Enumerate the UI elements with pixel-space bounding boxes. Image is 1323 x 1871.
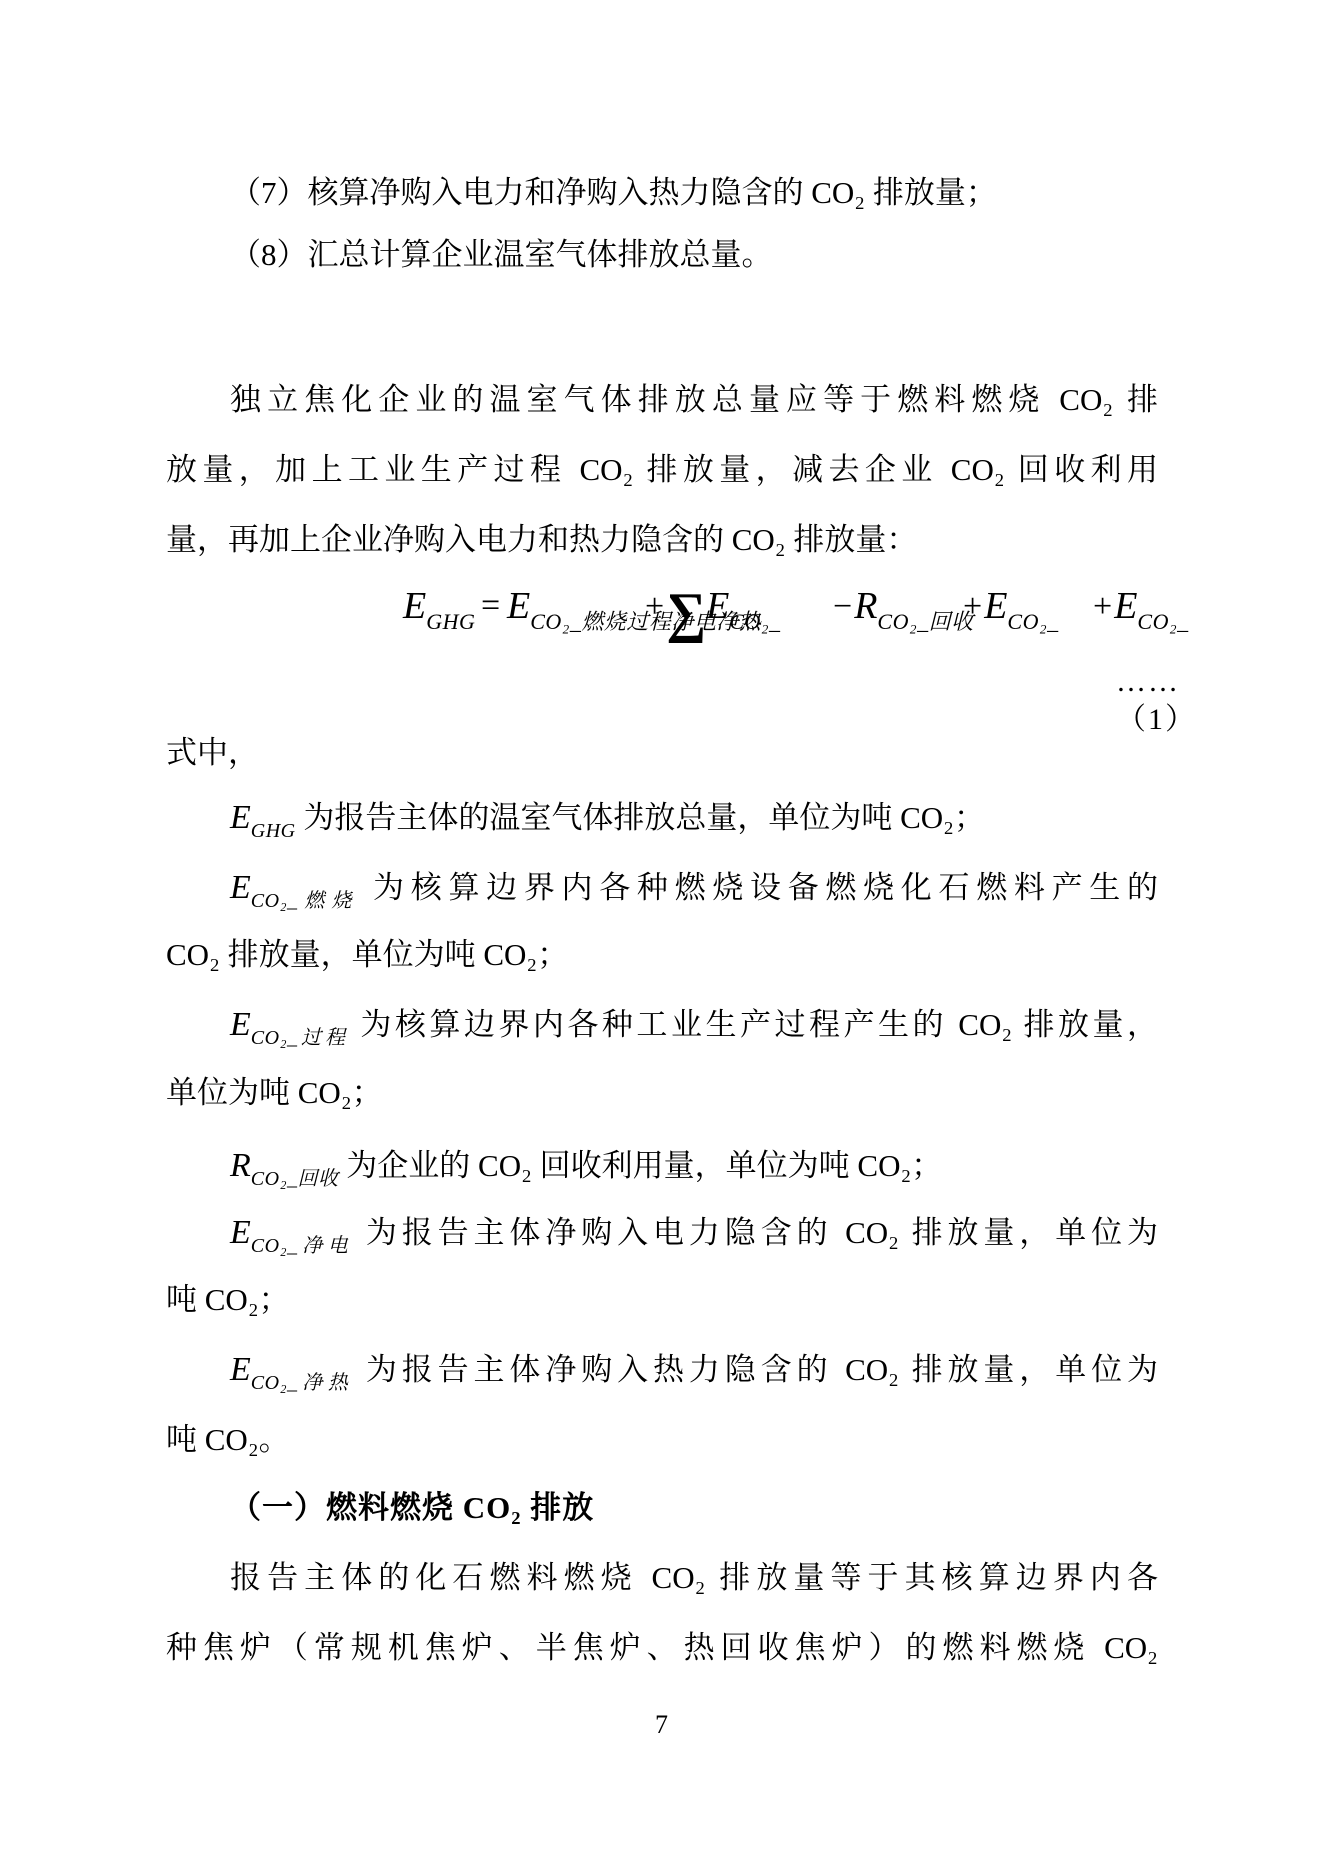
math-variable: E [984, 585, 1007, 627]
paragraph-line: 报告主体的化石燃料燃烧 CO₂ 排放量等于其核算边界内各 [166, 1557, 1158, 1599]
math-variable: ECO₂_净热 [230, 1352, 353, 1387]
math-variable: RCO₂_回收 [230, 1148, 339, 1183]
subscript: CO₂_燃烧 [251, 890, 359, 912]
math-variable: E [1114, 585, 1137, 627]
definition-line: 吨 CO₂。 [166, 1419, 1158, 1461]
text-run: 为核算边界内各种燃烧设备燃烧化石燃料产生的 [359, 870, 1158, 905]
math-variable: ECO₂_净电 [230, 1215, 353, 1250]
subscript: CO₂_ [1007, 609, 1058, 634]
math-variable: E [403, 585, 426, 627]
subscript: CO₂_净电 [251, 1235, 353, 1257]
plus-sign: + [643, 588, 666, 625]
text-layer: EGHG = ECO₂_燃烧过程净电净热 +∑ECO₂_ −RCO₂_回收 +E… [166, 0, 1158, 1871]
formula-lhs: EGHG [403, 578, 475, 650]
definition-line: ECO₂_过程 为核算边界内各种工业生产过程产生的 CO₂ 排放量， [166, 1004, 1158, 1059]
text-run: 吨 CO₂。 [166, 1422, 290, 1457]
subscript: GHG [426, 609, 475, 634]
list-item-8: （8）汇总计算企业温室气体排放总量。 [166, 234, 1158, 276]
math-variable: ECO₂_燃烧 [230, 870, 359, 905]
text-run: 报告主体的化石燃料燃烧 CO₂ 排放量等于其核算边界内各 [230, 1560, 1158, 1595]
subscript: CO₂_ [1137, 609, 1188, 634]
text-run: 为报告主体净购入电力隐含的 CO₂ 排放量，单位为 [353, 1215, 1158, 1250]
text-run: 量，再加上企业净购入电力和热力隐含的 CO₂ 排放量： [166, 522, 917, 557]
text-run: 放量，加上工业生产过程 CO₂ 排放量，减去企业 CO₂ 回收利用 [166, 452, 1158, 487]
text-run: 为报告主体的温室气体排放总量，单位为吨 CO₂； [296, 800, 985, 835]
definition-line: ECO₂_燃烧 为核算边界内各种燃烧设备燃烧化石燃料产生的 [166, 867, 1158, 922]
plus-sign: + [1091, 588, 1114, 625]
paragraph-line: 放量，加上工业生产过程 CO₂ 排放量，减去企业 CO₂ 回收利用 [166, 449, 1158, 491]
text-run: 独立焦化企业的温室气体排放总量应等于燃料燃烧 CO₂ 排 [230, 382, 1158, 417]
formula-term-heat: +ECO₂_ [1091, 578, 1189, 650]
math-variable: R [854, 585, 877, 627]
paragraph-line: 独立焦化企业的温室气体排放总量应等于燃料燃烧 CO₂ 排 [166, 379, 1158, 421]
text-run: 种焦炉（常规机焦炉、半焦炉、热回收焦炉）的燃料燃烧 CO₂ [166, 1630, 1158, 1665]
formula-sum-overlay: +∑ECO₂_ [643, 578, 781, 650]
page-number: 7 [0, 1708, 1323, 1742]
list-item-7: （7）核算净购入电力和净购入热力隐含的 CO₂ 排放量； [166, 172, 1158, 214]
equation-number: ……（1） [1116, 663, 1197, 739]
subscript: GHG [251, 820, 296, 842]
document-page: EGHG = ECO₂_燃烧过程净电净热 +∑ECO₂_ −RCO₂_回收 +E… [0, 0, 1323, 1871]
subscript: CO₂_回收 [251, 1168, 339, 1190]
section-heading: （一）燃料燃烧 CO₂ 排放 [166, 1487, 1158, 1529]
text-run: 为核算边界内各种工业生产过程产生的 CO₂ 排放量， [349, 1007, 1158, 1042]
text-run: （8）汇总计算企业温室气体排放总量。 [230, 237, 773, 272]
definition-line: ECO₂_净电 为报告主体净购入电力隐含的 CO₂ 排放量，单位为 [166, 1212, 1158, 1267]
definition-line: EGHG 为报告主体的温室气体排放总量，单位为吨 CO₂； [166, 797, 1158, 852]
paragraph-line: 量，再加上企业净购入电力和热力隐含的 CO₂ 排放量： [166, 519, 1158, 561]
subscript: CO₂_净热 [251, 1372, 353, 1394]
text-run: （7）核算净购入电力和净购入热力隐含的 CO₂ 排放量； [230, 175, 997, 210]
subscript: CO₂_过程 [251, 1027, 349, 1049]
formula-term-electricity: +ECO₂_ [961, 578, 1059, 650]
formula-intro: 式中， [166, 732, 1158, 774]
definition-line: 单位为吨 CO₂； [166, 1072, 1158, 1114]
paragraph-line: 种焦炉（常规机焦炉、半焦炉、热回收焦炉）的燃料燃烧 CO₂ [166, 1627, 1158, 1669]
definition-line: ECO₂_净热 为报告主体净购入热力隐含的 CO₂ 排放量，单位为 [166, 1349, 1158, 1404]
math-variable: EGHG [230, 800, 296, 835]
subscript: CO₂_回收 [877, 609, 973, 634]
text-run: 单位为吨 CO₂； [166, 1075, 383, 1110]
text-run: （一）燃料燃烧 CO₂ 排放 [230, 1490, 594, 1525]
plus-sign: + [961, 588, 984, 625]
math-variable: E [507, 585, 530, 627]
definition-line: CO₂ 排放量，单位为吨 CO₂； [166, 934, 1158, 976]
sigma-icon: ∑ [666, 582, 706, 644]
minus-sign: − [831, 588, 854, 625]
text-run: 为企业的 CO₂ 回收利用量，单位为吨 CO₂； [339, 1148, 943, 1183]
math-variable: E [706, 585, 729, 627]
text-run: 吨 CO₂； [166, 1282, 290, 1317]
math-variable: ECO₂_过程 [230, 1007, 349, 1042]
formula-term-recovery: −RCO₂_回收 [831, 578, 974, 650]
definition-line: 吨 CO₂； [166, 1279, 1158, 1321]
text-run: CO₂ 排放量，单位为吨 CO₂； [166, 937, 568, 972]
subscript: CO₂_ [729, 609, 780, 634]
equation-1: EGHG = ECO₂_燃烧过程净电净热 +∑ECO₂_ −RCO₂_回收 +E… [403, 578, 1253, 648]
text-run: 为报告主体净购入热力隐含的 CO₂ 排放量，单位为 [353, 1352, 1158, 1387]
text-run: 式中， [166, 735, 259, 770]
definition-line: RCO₂_回收 为企业的 CO₂ 回收利用量，单位为吨 CO₂； [166, 1145, 1158, 1200]
equals-sign: = [479, 578, 502, 641]
